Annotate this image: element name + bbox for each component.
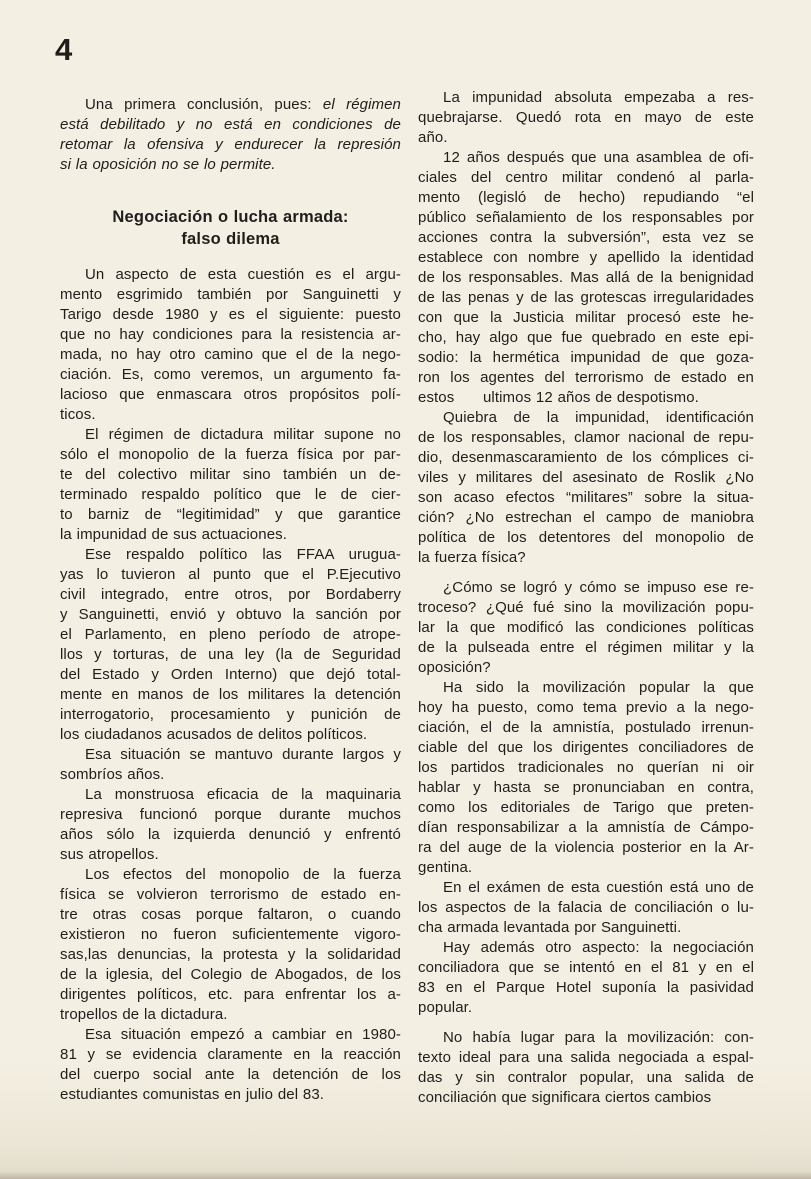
- text-line: política de los detentores del monopolio…: [418, 528, 754, 548]
- text-line: de los responsables. Mas allá de la beni…: [418, 268, 754, 288]
- text-line: retomar la ofensiva y endurecer la repre…: [60, 135, 401, 155]
- text-line: interrogatorio, procesamiento y punición…: [60, 705, 401, 725]
- text-line: ciales del centro militar condenó al par…: [418, 168, 754, 188]
- text-line: estos ultimos 12 años de despotismo.: [418, 388, 754, 408]
- paragraph: Ha sido la movilización popular la queho…: [418, 678, 754, 878]
- paragraph: La impunidad absoluta empezaba a res-que…: [418, 88, 754, 148]
- text-line: mento (legisló de hecho) repudiando “el: [418, 188, 754, 208]
- text-line: ciación, el de la amnistía, postulado ir…: [418, 718, 754, 738]
- text-line: civil integrado, entre otros, por Bordab…: [60, 585, 401, 605]
- paragraph: Una primera conclusión, pues: el régimen…: [60, 95, 401, 175]
- text-line: Esa situación empezó a cambiar en 1980-: [60, 1025, 401, 1045]
- scanned-document-page: 4 Una primera conclusión, pues: el régim…: [0, 0, 811, 1179]
- text-line: En el exámen de esta cuestión está uno d…: [418, 878, 754, 898]
- text-line: conciliación que significara ciertos cam…: [418, 1088, 754, 1108]
- text-line: 83 en el Parque Hotel suponía la pasivid…: [418, 978, 754, 998]
- heading-line: falso dilema: [60, 228, 401, 250]
- text-line: represiva funcionó porque durante muchos: [60, 805, 401, 825]
- text-line: hoy ha puesto, como tema previo a la neg…: [418, 698, 754, 718]
- text-line: Un aspecto de esta cuestión es el argu-: [60, 265, 401, 285]
- text-line: tre otras cosas porque faltaron, o cuand…: [60, 905, 401, 925]
- paragraph: Esa situación se mantuvo durante largos …: [60, 745, 401, 785]
- text-line: llos y torturas, de una ley (la de Segur…: [60, 645, 401, 665]
- text-line: ron los agentes del terrorismo de estado…: [418, 368, 754, 388]
- text-line: ciable del que los dirigentes conciliado…: [418, 738, 754, 758]
- text-line: la fuerza física?: [418, 548, 754, 568]
- text-line: ticos.: [60, 405, 401, 425]
- text-line: los ciudadanos acusados de delitos polít…: [60, 725, 401, 745]
- text-line: del cuerpo social ante la detención de l…: [60, 1065, 401, 1085]
- text-line: de las penas y de las grotescas irregula…: [418, 288, 754, 308]
- paragraph: La monstruosa eficacia de la maquinariar…: [60, 785, 401, 865]
- paragraph: En el exámen de esta cuestión está uno d…: [418, 878, 754, 938]
- text-line: Quiebra de la impunidad, identificación: [418, 408, 754, 428]
- text-line: sólo el monopolio de la fuerza física po…: [60, 445, 401, 465]
- text-line: y Sanguinetti, envió y obtuvo la sanción…: [60, 605, 401, 625]
- paragraph: Un aspecto de esta cuestión es el argu-m…: [60, 265, 401, 425]
- text-line: de los responsables, clamor nacional de …: [418, 428, 754, 448]
- paragraph: El régimen de dictadura militar supone n…: [60, 425, 401, 545]
- text-line: del Estado y Orden Interno) que dejó tot…: [60, 665, 401, 685]
- text-line: que no hay condiciones para la resistenc…: [60, 325, 401, 345]
- paragraph: Hay además otro aspecto: la negociaciónc…: [418, 938, 754, 1018]
- text-line: troceso? ¿Qué fué sino la movilización p…: [418, 598, 754, 618]
- text-line: te del colectivo militar sino también un…: [60, 465, 401, 485]
- text-line: viles y militares del asesinato de Rosli…: [418, 468, 754, 488]
- text-line: tropellos de la dictadura.: [60, 1005, 401, 1025]
- text-line: Tarigo desde 1980 y es el siguiente: pue…: [60, 305, 401, 325]
- text-line: mento esgrimido también por Sanguinetti …: [60, 285, 401, 305]
- text-line: los partidos tradicionales no querían ni…: [418, 758, 754, 778]
- text-line: Ha sido la movilización popular la que: [418, 678, 754, 698]
- text-line: lacioso que enmascara otros propósitos p…: [60, 385, 401, 405]
- text-line: sodio: la hermética impunidad de que goz…: [418, 348, 754, 368]
- text-line: Los efectos del monopolio de la fuerza: [60, 865, 401, 885]
- text-line: gentina.: [418, 858, 754, 878]
- text-line: dirigentes políticos, etc. para enfrenta…: [60, 985, 401, 1005]
- text-line: sas,las denuncias, la protesta y la soli…: [60, 945, 401, 965]
- text-line: física se volvieron terrorismo de estado…: [60, 885, 401, 905]
- paragraph: 12 años después que una asamblea de ofi-…: [418, 148, 754, 408]
- text-line: mente en manos de los militares la deten…: [60, 685, 401, 705]
- text-line: existieron no fueron suficientemente vig…: [60, 925, 401, 945]
- text-line: el Parlamento, en pleno período de atrop…: [60, 625, 401, 645]
- paragraph: Ese respaldo político las FFAA urugua-ya…: [60, 545, 401, 745]
- text-line: como los editoriales de Tarigo que prete…: [418, 798, 754, 818]
- text-line: cho, hay algo que fue quebrado en este e…: [418, 328, 754, 348]
- heading-line: Negociación o lucha armada:: [60, 206, 401, 228]
- lead-in-text: Una primera conclusión, pues:: [85, 96, 323, 113]
- text-line: acciones contra la subversión”, esta vez…: [418, 228, 754, 248]
- text-line: ciación. Es, como veremos, un argumento …: [60, 365, 401, 385]
- text-line: los aspectos de la falacia de conciliaci…: [418, 898, 754, 918]
- text-line: das y sin contralor popular, una salida …: [418, 1068, 754, 1088]
- text-line: son acaso efectos “militares” sobre la s…: [418, 488, 754, 508]
- text-line: La impunidad absoluta empezaba a res-: [418, 88, 754, 108]
- text-line: 12 años después que una asamblea de ofi-: [418, 148, 754, 168]
- text-line: to barniz de “legitimidad” y que garanti…: [60, 505, 401, 525]
- text-line: La monstruosa eficacia de la maquinaria: [60, 785, 401, 805]
- two-column-text: Una primera conclusión, pues: el régimen…: [60, 88, 754, 1108]
- paragraph: No había lugar para la movilización: con…: [418, 1028, 754, 1108]
- text-line: está debilitado y no está en condiciones…: [60, 115, 401, 135]
- text-line: yas lo tuvieron al punto que el P.Ejecut…: [60, 565, 401, 585]
- text-line: año.: [418, 128, 754, 148]
- paragraph: Quiebra de la impunidad, identificaciónd…: [418, 408, 754, 568]
- text-line: público señalamiento de los responsables…: [418, 208, 754, 228]
- italic-text: el régimen: [323, 96, 401, 113]
- section-heading: Negociación o lucha armada:falso dilema: [60, 206, 401, 250]
- text-line: con que la Justicia militar procesó este…: [418, 308, 754, 328]
- text-line: El régimen de dictadura militar supone n…: [60, 425, 401, 445]
- text-line: terminado respaldo político que le de ci…: [60, 485, 401, 505]
- left-column: Una primera conclusión, pues: el régimen…: [60, 88, 401, 1108]
- text-line: mada, no hay otro camino que el de la ne…: [60, 345, 401, 365]
- text-line: años sólo la izquierda denunció y enfren…: [60, 825, 401, 845]
- text-line: oposición?: [418, 658, 754, 678]
- text-line: Ese respaldo político las FFAA urugua-: [60, 545, 401, 565]
- text-line: hablar y hasta se pronunciaban en contra…: [418, 778, 754, 798]
- text-line: quebrajarse. Quedó rota en mayo de este: [418, 108, 754, 128]
- text-line: cha armada levantada por Sanguinetti.: [418, 918, 754, 938]
- paragraph: Los efectos del monopolio de la fuerzafí…: [60, 865, 401, 1025]
- page-number: 4: [55, 32, 73, 68]
- text-line: estudiantes comunistas en julio del 83.: [60, 1085, 401, 1105]
- text-line: la impunidad de sus actuaciones.: [60, 525, 401, 545]
- right-column: La impunidad absoluta empezaba a res-que…: [418, 88, 754, 1108]
- text-line: conciliadora que se intentó en el 81 y e…: [418, 958, 754, 978]
- text-line: ra del auge de la violencia posterior en…: [418, 838, 754, 858]
- text-line: de la iglesia, del Colegio de Abogados, …: [60, 965, 401, 985]
- text-line: si la oposición no se lo permite.: [60, 155, 401, 175]
- text-line: ¿Cómo se logró y cómo se impuso ese re-: [418, 578, 754, 598]
- text-line: No había lugar para la movilización: con…: [418, 1028, 754, 1048]
- text-line: 81 y se evidencia claramente en la reacc…: [60, 1045, 401, 1065]
- text-line: sombríos años.: [60, 765, 401, 785]
- paragraph: ¿Cómo se logró y cómo se impuso ese re-t…: [418, 578, 754, 678]
- text-line: dio, desenmascaramiento de los cómplices…: [418, 448, 754, 468]
- paragraph: Esa situación empezó a cambiar en 1980-8…: [60, 1025, 401, 1105]
- text-line: dían responsabilizar a la amnistía de Cá…: [418, 818, 754, 838]
- text-line: establece con nombre y apellido la ident…: [418, 248, 754, 268]
- text-line: ción? ¿No estrechan el campo de maniobra: [418, 508, 754, 528]
- text-line: lar la que modificó las condiciones polí…: [418, 618, 754, 638]
- text-line: Esa situación se mantuvo durante largos …: [60, 745, 401, 765]
- text-line: de la pulseada entre el régimen militar …: [418, 638, 754, 658]
- text-line: popular.: [418, 998, 754, 1018]
- text-line: sus atropellos.: [60, 845, 401, 865]
- text-line: Hay además otro aspecto: la negociación: [418, 938, 754, 958]
- text-line: texto ideal para una salida negociada a …: [418, 1048, 754, 1068]
- text-line: Una primera conclusión, pues: el régimen: [60, 95, 401, 115]
